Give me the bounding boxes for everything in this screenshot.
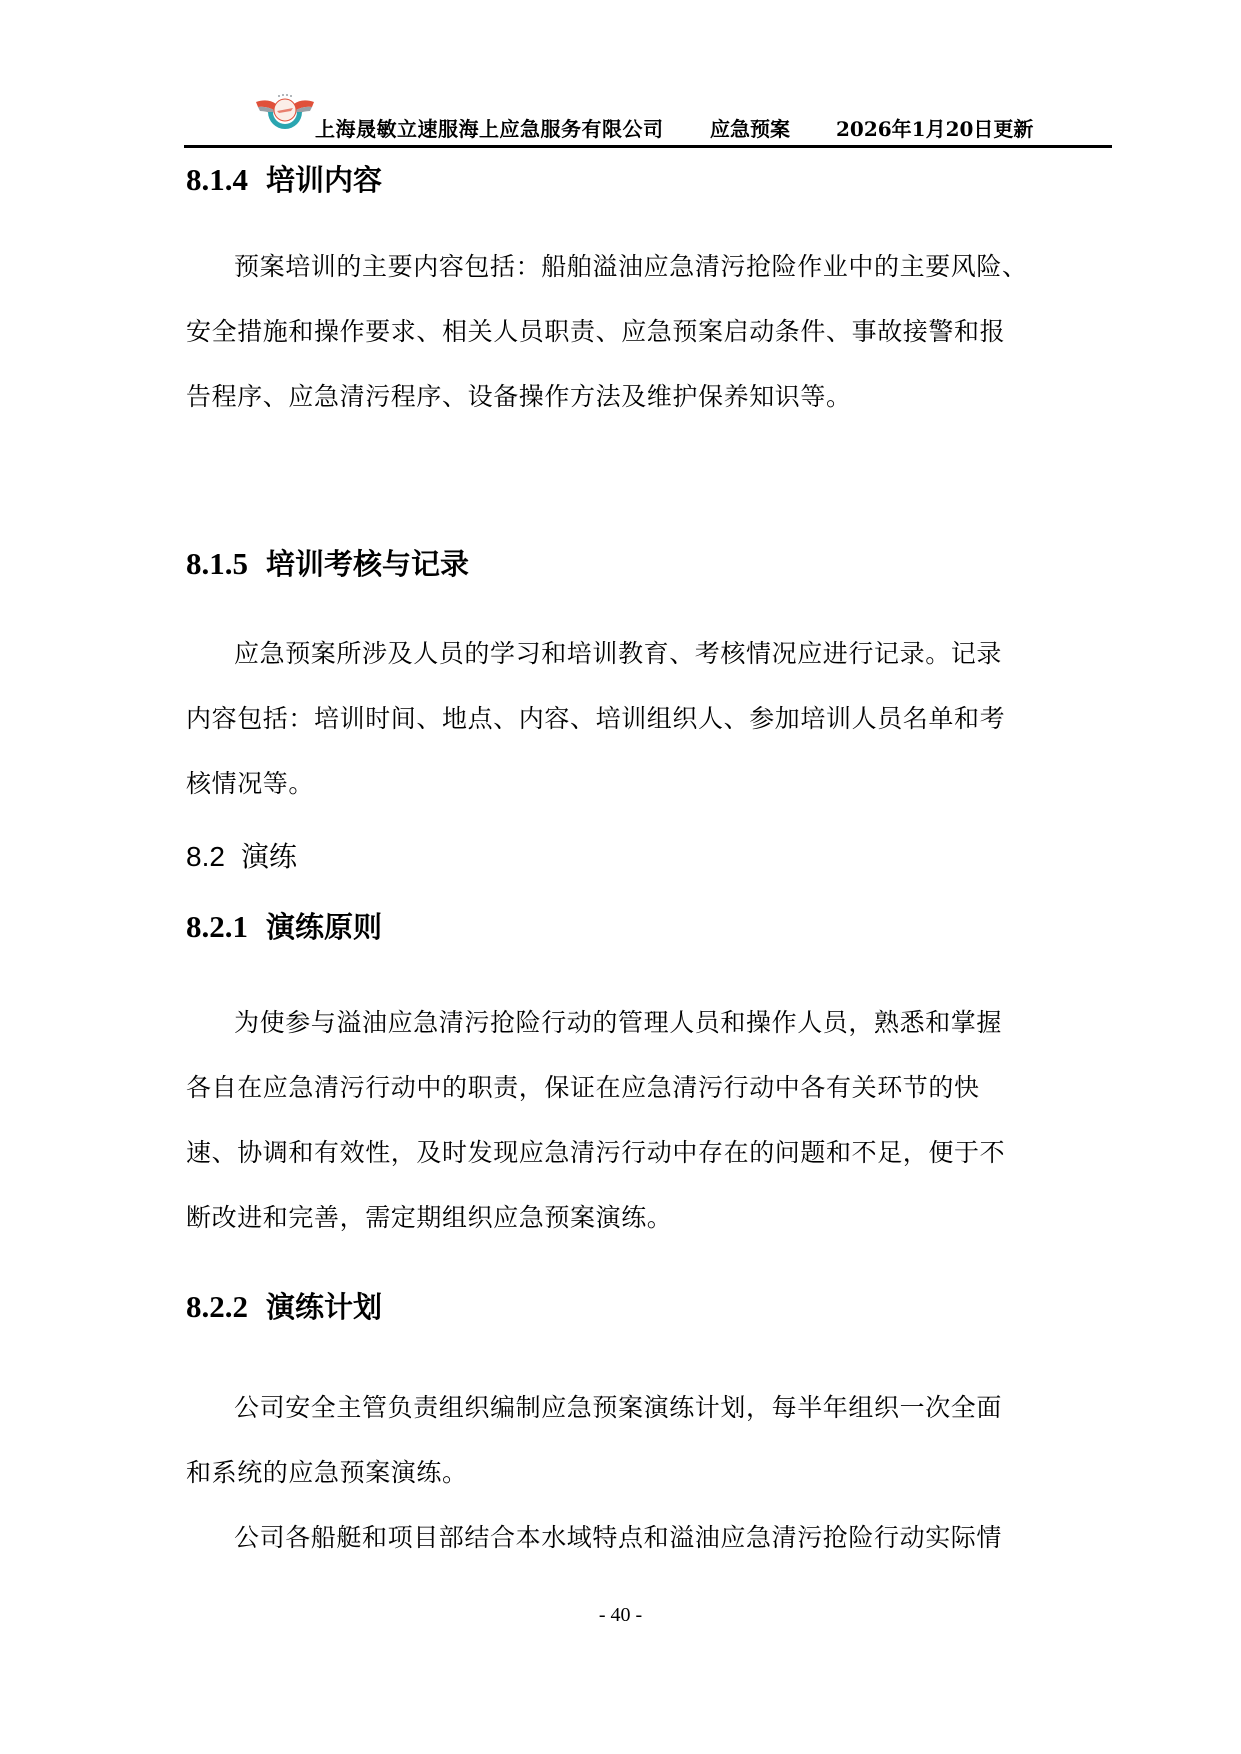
page-number: - 40 -: [0, 1603, 1241, 1627]
text-line: 速、协调和有效性，及时发现应急清污行动中存在的问题和不足，便于不: [186, 1137, 1112, 1202]
text-line: 预案培训的主要内容包括：船舶溢油应急清污抢险作业中的主要风险、: [186, 251, 1112, 316]
paragraph-drill-principles: 为使参与溢油应急清污抢险行动的管理人员和操作人员，熟悉和掌握 各自在应急清污行动…: [186, 1007, 1112, 1267]
heading-8-1-5: 8.1.5培训考核与记录: [186, 546, 469, 582]
heading-number: 8.2.1: [186, 909, 248, 944]
text-line: 核情况等。: [186, 768, 1112, 833]
header-document-type: 应急预案: [710, 116, 790, 142]
heading-number: 8.2.2: [186, 1289, 248, 1324]
paragraph-training-content: 预案培训的主要内容包括：船舶溢油应急清污抢险作业中的主要风险、 安全措施和操作要…: [186, 251, 1112, 446]
paragraph-training-records: 应急预案所涉及人员的学习和培训教育、考核情况应进行记录。记录 内容包括：培训时间…: [186, 638, 1112, 833]
text-line: 断改进和完善，需定期组织应急预案演练。: [186, 1202, 1112, 1267]
text-line: 安全措施和操作要求、相关人员职责、应急预案启动条件、事故接警和报: [186, 316, 1112, 381]
text-line: 公司各船艇和项目部结合本水域特点和溢油应急清污抢险行动实际情: [186, 1522, 1112, 1587]
text-line: 告程序、应急清污程序、设备操作方法及维护保养知识等。: [186, 381, 1112, 446]
text-line: 公司安全主管负责组织编制应急预案演练计划，每半年组织一次全面: [186, 1392, 1112, 1457]
text-line: 各自在应急清污行动中的职责，保证在应急清污行动中各有关环节的快: [186, 1072, 1112, 1137]
text-line: 应急预案所涉及人员的学习和培训教育、考核情况应进行记录。记录: [186, 638, 1112, 703]
header-company-name: 上海晟敏立速服海上应急服务有限公司: [315, 116, 664, 142]
document-page: 上海晟敏立速服海上应急服务有限公司 应急预案 2026年1月20日更新 8.1.…: [0, 0, 1241, 1754]
heading-number: 8.2: [186, 841, 225, 872]
heading-8-1-4: 8.1.4培训内容: [186, 162, 382, 198]
text-line: 内容包括：培训时间、地点、内容、培训组织人、参加培训人员名单和考: [186, 703, 1112, 768]
paragraph-drill-plan-vessels: 公司各船艇和项目部结合本水域特点和溢油应急清污抢险行动实际情: [186, 1522, 1112, 1587]
heading-8-2: 8.2演练: [186, 840, 297, 874]
heading-title: 培训内容: [266, 163, 382, 197]
paragraph-drill-plan: 公司安全主管负责组织编制应急预案演练计划，每半年组织一次全面 和系统的应急预案演…: [186, 1392, 1112, 1522]
heading-title: 演练原则: [266, 910, 382, 944]
heading-8-2-1: 8.2.1演练原则: [186, 909, 382, 945]
heading-number: 8.1.4: [186, 162, 248, 197]
text-line: 和系统的应急预案演练。: [186, 1457, 1112, 1522]
heading-8-2-2: 8.2.2演练计划: [186, 1289, 382, 1325]
heading-title: 演练: [241, 840, 297, 873]
heading-number: 8.1.5: [186, 546, 248, 581]
heading-title: 演练计划: [266, 1290, 382, 1324]
header-update-date: 2026年1月20日更新: [836, 116, 1033, 142]
company-emblem-logo-icon: [254, 92, 316, 136]
header-divider: [184, 145, 1112, 148]
heading-title: 培训考核与记录: [266, 547, 469, 581]
text-line: 为使参与溢油应急清污抢险行动的管理人员和操作人员，熟悉和掌握: [186, 1007, 1112, 1072]
